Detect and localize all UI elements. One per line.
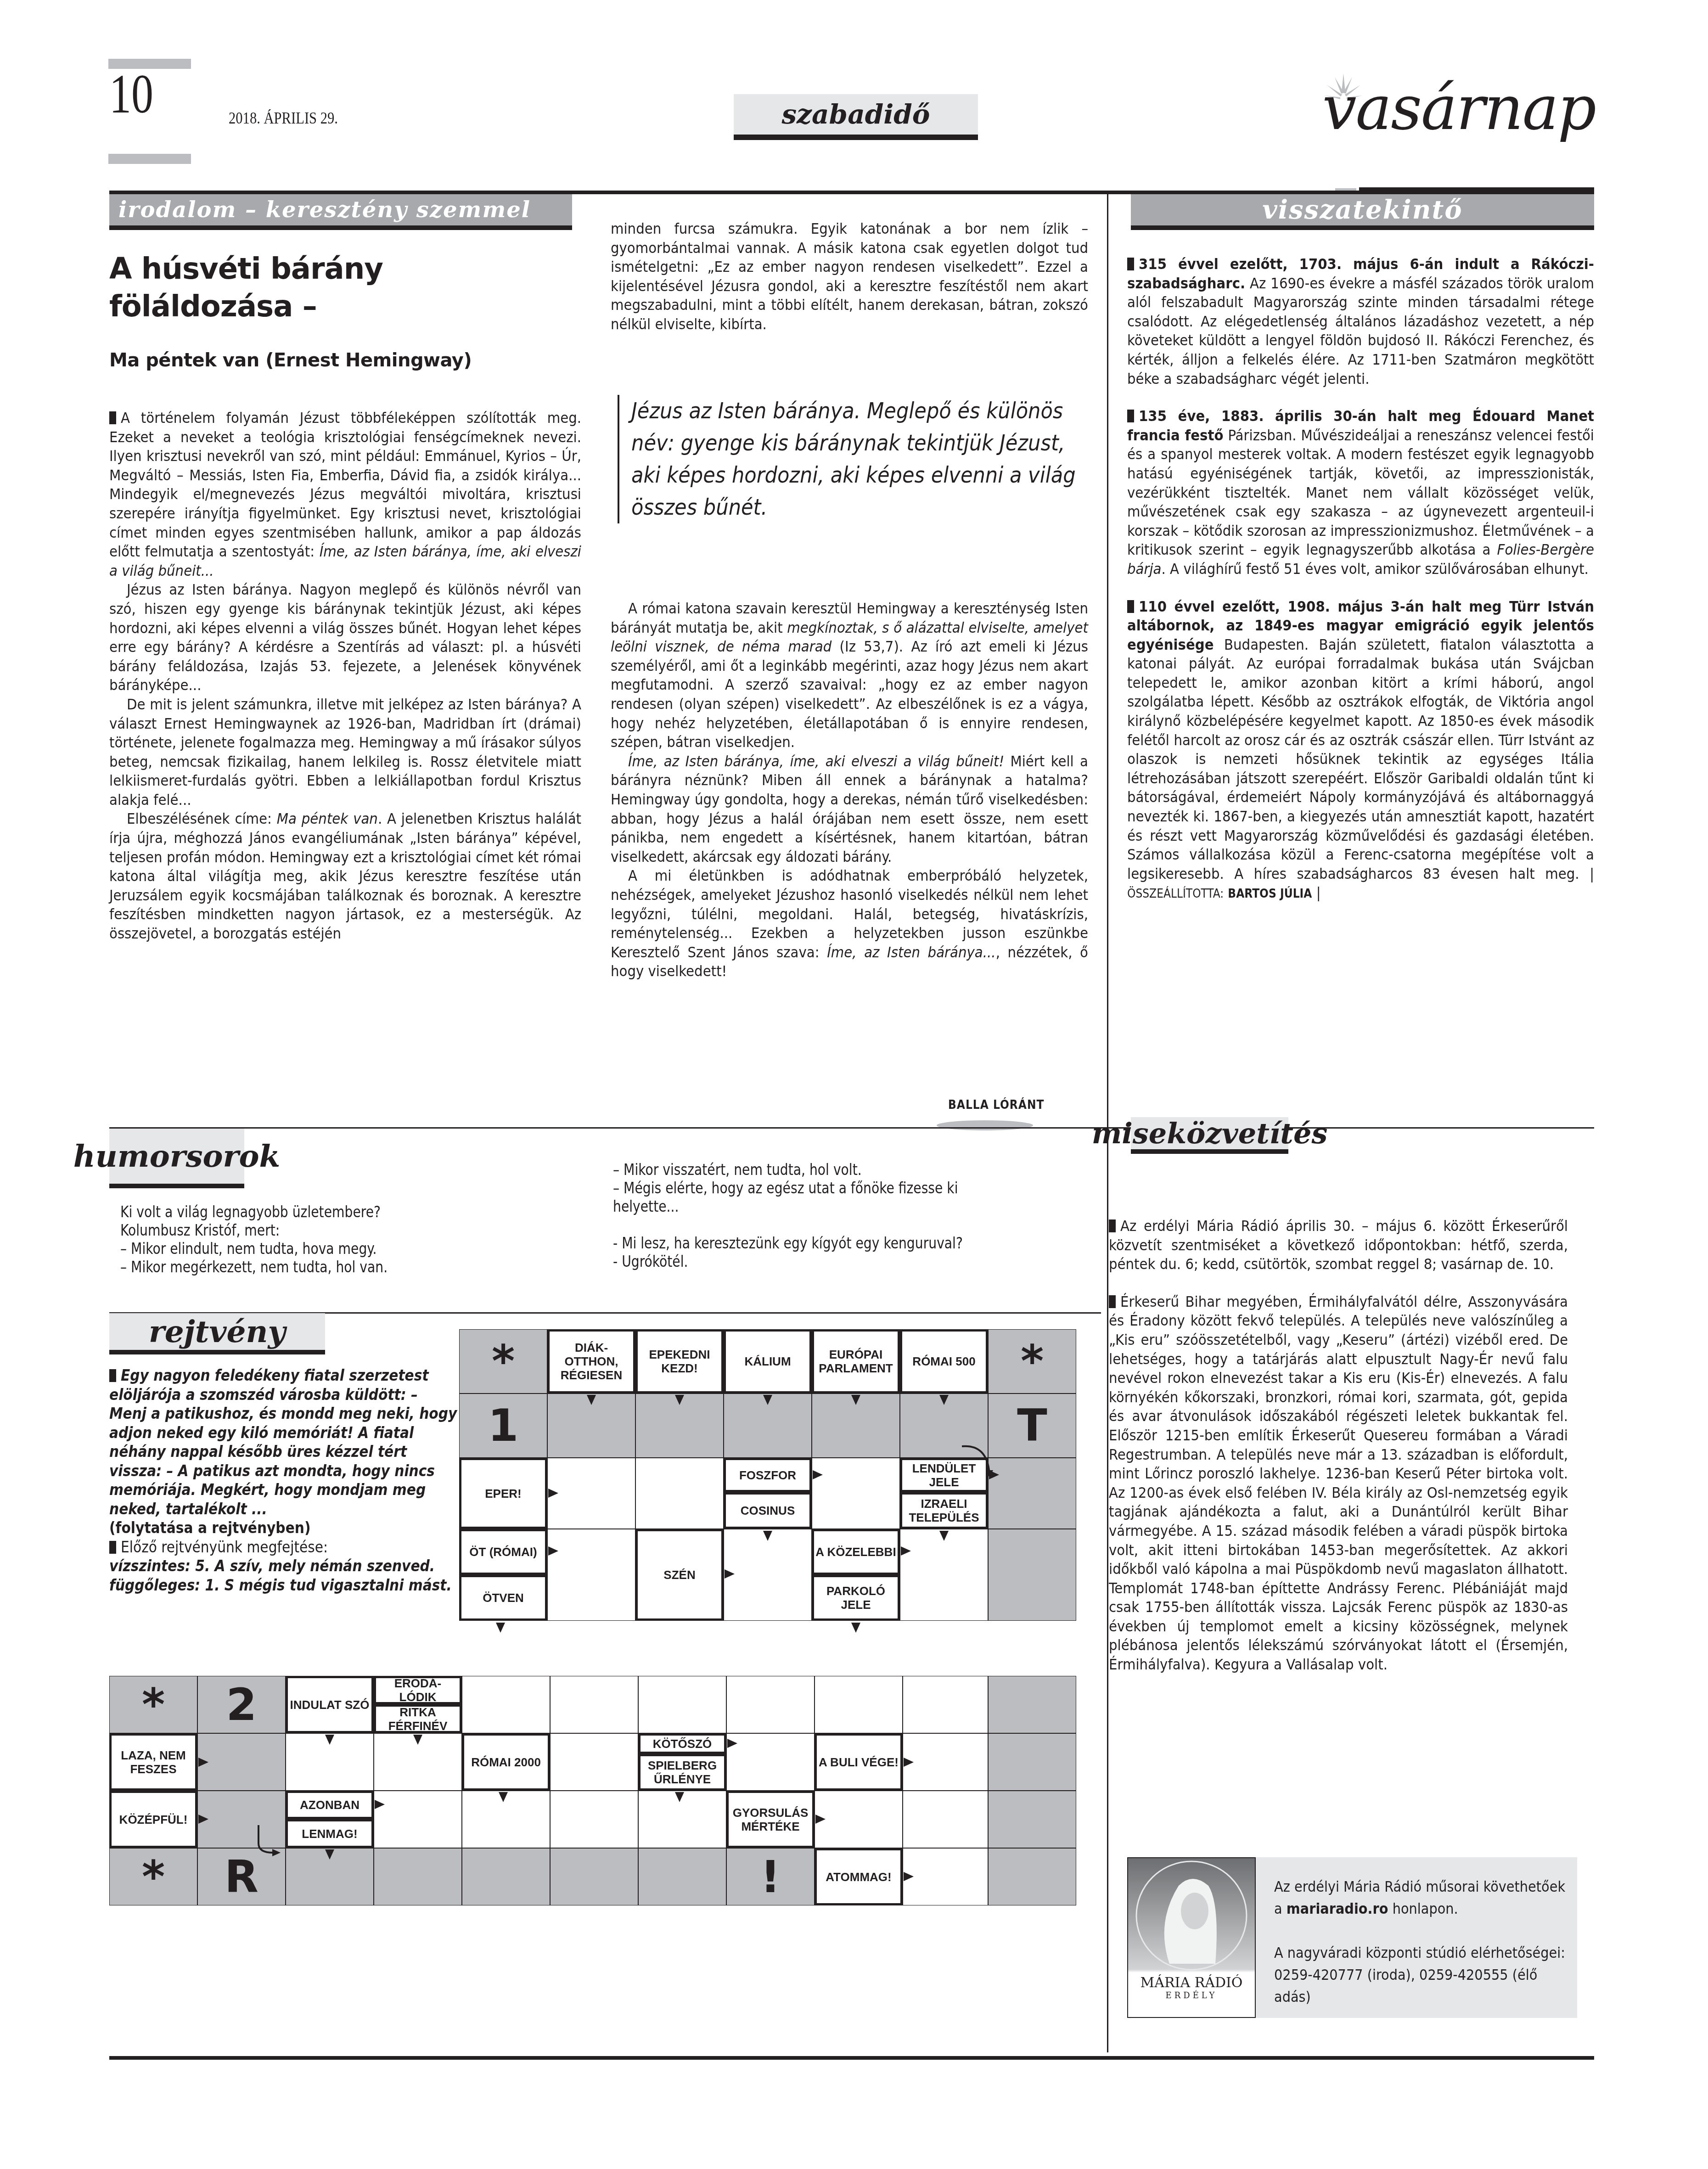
- clue-romai2000: RÓMAI 2000: [462, 1733, 550, 1791]
- clue-atommag: ATOMMAG!: [815, 1848, 903, 1905]
- bullet-icon: [1109, 1219, 1116, 1232]
- clue-indulatszo: INDULAT SZÓ: [286, 1676, 374, 1733]
- pull-quote: Jézus az Isten báránya. Meglepő és külön…: [618, 395, 1077, 523]
- clue-abuli: A BULI VÉGE!: [815, 1733, 903, 1791]
- clue-ot-romai: ÖT (RÓMAI): [459, 1529, 547, 1575]
- kicker-misekozvetites: miseközvetítés: [1131, 1117, 1288, 1154]
- credit-name: BARTOS JÚLIA: [1228, 887, 1312, 901]
- article-body-left: A történelem folyamán Jézust többfélekép…: [109, 409, 581, 944]
- bullet-icon: [109, 411, 116, 424]
- history-item: 110 évvel ezelőtt, 1908. május 3-án halt…: [1127, 597, 1594, 905]
- answer-cell[interactable]: [903, 1676, 988, 1733]
- puzzle-intro: Egy nagyon feledékeny fiatal szerzetest …: [109, 1366, 458, 1595]
- answer-cell[interactable]: [638, 1848, 726, 1905]
- clue-eper: EPER!: [459, 1458, 547, 1529]
- answer-cell[interactable]: [635, 1458, 724, 1529]
- joke-right: – Mikor visszatért, nem tudta, hol volt.…: [613, 1161, 1071, 1271]
- arrow-right-icon: [815, 1815, 826, 1824]
- arrow-right-icon: [813, 1470, 823, 1479]
- kicker-visszatekinto: visszatekintő: [1131, 194, 1594, 230]
- radio-info-text: Az erdélyi Mária Rádió műsorai követhető…: [1274, 1876, 1568, 2008]
- answer-cell[interactable]: [815, 1791, 903, 1848]
- arrow-down-icon: [939, 1531, 949, 1541]
- bullet-icon: [109, 1369, 116, 1382]
- clue-szen: SZÉN: [635, 1529, 724, 1621]
- clue-laza: LAZA, NEM FESZES: [109, 1733, 197, 1791]
- page-number-bar-bottom: [108, 154, 191, 164]
- answer-cell[interactable]: [726, 1676, 815, 1733]
- marker-t: T: [988, 1394, 1076, 1458]
- clue-parkolo: PARKOLÓ JELE: [812, 1575, 900, 1621]
- answer-cell[interactable]: [988, 1791, 1076, 1848]
- answer-cell[interactable]: [812, 1458, 900, 1529]
- clue-erodalodik: ERODÁ-LÓDIK: [374, 1676, 462, 1704]
- answer-cell[interactable]: [903, 1791, 988, 1848]
- answer-cell[interactable]: [724, 1529, 812, 1621]
- bullet-icon: [109, 1541, 116, 1554]
- website-link[interactable]: mariaradio.ro: [1287, 1900, 1388, 1917]
- arrow-right-icon: [375, 1800, 385, 1809]
- madonna-image-icon: [1128, 1858, 1255, 1973]
- paragraph: Íme, az Isten báránya, íme, aki elveszi …: [611, 752, 1088, 867]
- paragraph: minden furcsa számukra. Egyik katonának …: [611, 219, 1088, 334]
- marker-star: *: [988, 1329, 1076, 1394]
- clue-otven: ÖTVEN: [459, 1575, 547, 1621]
- clue-diakotthon: DIÁK-OTTHON, RÉGIESEN: [547, 1329, 635, 1394]
- clue-romai500: RÓMAI 500: [900, 1329, 988, 1394]
- marker-1: 1: [459, 1394, 547, 1458]
- answer-cell[interactable]: [988, 1733, 1076, 1791]
- clue-europai: EURÓPAI PARLAMENT: [812, 1329, 900, 1394]
- arrow-right-icon: [725, 1569, 735, 1579]
- arrow-down-icon: [496, 1623, 505, 1633]
- answer-cell[interactable]: [726, 1733, 815, 1791]
- arrow-down-icon: [675, 1792, 684, 1802]
- clue-izraeli: IZRAELI TELEPÜLÉS: [900, 1492, 988, 1529]
- marker-star: *: [459, 1329, 547, 1394]
- kicker-irodalom: irodalom – keresztény szemmel: [109, 194, 572, 230]
- arrow-right-icon: [901, 1546, 911, 1556]
- paragraph: Jézus az Isten báránya. Nagyon meglepő é…: [109, 580, 581, 695]
- paragraph: A római katona szavain keresztül Hemingw…: [611, 599, 1088, 752]
- answer-cell[interactable]: [197, 1733, 286, 1791]
- clue-kalium: KÁLIUM: [724, 1329, 812, 1394]
- kicker-humorsorok: humorsorok: [109, 1129, 244, 1188]
- answer-cell[interactable]: [550, 1733, 638, 1791]
- paragraph: A mi életünkben is adódhatnak emberpróbá…: [611, 866, 1088, 981]
- arrow-down-icon: [325, 1735, 334, 1745]
- answer-cell[interactable]: [988, 1676, 1076, 1733]
- arrow-right-icon: [198, 1815, 208, 1824]
- maria-radio-logo: MÁRIA RÁDIÓ ERDÉLY: [1127, 1857, 1256, 2018]
- top-rule: [109, 191, 1594, 194]
- mid-rule: [109, 1127, 1594, 1129]
- arrow-right-icon: [727, 1739, 737, 1748]
- bullet-icon: [1127, 258, 1134, 270]
- paragraph: Az erdélyi Mária Rádió április 30. – máj…: [1109, 1217, 1568, 1274]
- answer-cell[interactable]: [550, 1848, 638, 1905]
- mass-broadcast-text: Az erdélyi Mária Rádió április 30. – máj…: [1109, 1217, 1568, 1675]
- article-headline: A húsvéti bárány föláldozása –: [109, 250, 568, 326]
- issue-date: 2018. ÁPRILIS 29.: [229, 108, 338, 128]
- headline-line-2: föláldozása –: [109, 288, 568, 326]
- arrow-down-icon: [939, 1395, 949, 1405]
- answer-cell[interactable]: [903, 1733, 988, 1791]
- arrow-right-icon: [904, 1872, 914, 1881]
- headline-line-1: A húsvéti bárány: [109, 250, 568, 288]
- answer-cell[interactable]: [547, 1458, 635, 1529]
- answer-cell[interactable]: [550, 1676, 638, 1733]
- article-body-middle-2: A római katona szavain keresztül Hemingw…: [611, 599, 1088, 981]
- bullet-icon: [1127, 600, 1134, 613]
- bottom-rule: [109, 2056, 1594, 2060]
- marker-exclamation: !: [726, 1848, 815, 1905]
- arrow-right-icon: [198, 1758, 208, 1767]
- history-item: 315 évvel ezelőtt, 1703. május 6-án indu…: [1127, 255, 1594, 388]
- paragraph: A történelem folyamán Jézust többfélekép…: [109, 409, 581, 580]
- clue-cosinus: COSINUS: [724, 1492, 812, 1529]
- paragraph: Elbeszélésének címe: Ma péntek van. A je…: [109, 809, 581, 943]
- answer-cell[interactable]: [988, 1458, 1076, 1529]
- marker-star: *: [109, 1676, 197, 1733]
- clue-ritka: RITKA FÉRFINÉV: [374, 1704, 462, 1733]
- history-column: 315 évvel ezelőtt, 1703. május 6-án indu…: [1127, 255, 1594, 904]
- answer-cell[interactable]: [638, 1676, 726, 1733]
- arrow-down-icon: [325, 1849, 334, 1860]
- joke-left: Ki volt a világ legnagyobb üzletembere? …: [120, 1203, 469, 1276]
- answer-cell[interactable]: [462, 1848, 550, 1905]
- answer-cell[interactable]: [988, 1529, 1076, 1621]
- curved-arrow-icon: [962, 1437, 999, 1478]
- paragraph: Érkeserű Bihar megyében, Érmihályfalvátó…: [1109, 1292, 1568, 1675]
- answer-cell[interactable]: [374, 1848, 462, 1905]
- clue-azonban: AZONBAN: [286, 1791, 374, 1819]
- arrow-down-icon: [763, 1395, 772, 1405]
- arrow-down-icon: [763, 1531, 772, 1541]
- page-number: 10: [109, 67, 153, 122]
- answer-cell[interactable]: [462, 1676, 550, 1733]
- clue-kozepful: KÖZÉPFÜL!: [109, 1791, 197, 1848]
- kicker-rejtveny: rejtvény: [109, 1313, 325, 1354]
- newspaper-logo: vasárnap: [1322, 78, 1596, 139]
- arrow-down-icon: [499, 1792, 508, 1802]
- answer-cell[interactable]: [903, 1848, 988, 1905]
- clue-kotoszo: KÖTŐSZÓ: [638, 1733, 726, 1754]
- answer-cell[interactable]: [547, 1529, 635, 1621]
- arrow-down-icon: [587, 1395, 596, 1405]
- answer-cell[interactable]: [815, 1676, 903, 1733]
- paragraph: De mit is jelent számunkra, illetve mit …: [109, 695, 581, 810]
- section-tab: szabadidő: [734, 94, 978, 140]
- arrow-right-icon: [548, 1489, 558, 1498]
- curved-arrow-icon: [255, 1825, 292, 1862]
- marker-2: 2: [197, 1676, 286, 1733]
- clue-spielberg: SPIELBERG ŰRLÉNYE: [638, 1754, 726, 1791]
- radio-logo-text: MÁRIA RÁDIÓ: [1128, 1975, 1255, 1991]
- arrow-down-icon: [675, 1395, 684, 1405]
- arrow-right-icon: [904, 1758, 914, 1767]
- clue-epekedni: EPEKEDNI KEZD!: [635, 1329, 724, 1394]
- history-item: 135 éve, 1883. április 30-án halt meg Éd…: [1127, 407, 1594, 579]
- credit-label: ÖSSZEÁLLÍTOTTA:: [1127, 887, 1224, 901]
- byline-ornament: [937, 1120, 1033, 1130]
- arrow-down-icon: [413, 1735, 422, 1745]
- article-body-middle: minden furcsa számukra. Egyik katonának …: [611, 219, 1088, 334]
- arrow-right-icon: [548, 1546, 558, 1556]
- clue-gyorsulas: GYORSULÁS MÉRTÉKE: [726, 1791, 815, 1848]
- bullet-icon: [1109, 1295, 1116, 1308]
- answer-cell[interactable]: [988, 1848, 1076, 1905]
- bullet-icon: [1127, 410, 1134, 422]
- clue-lenmag: LENMAG!: [286, 1819, 374, 1848]
- article-subhead: Ma péntek van (Ernest Hemingway): [109, 350, 568, 371]
- answer-cell[interactable]: [900, 1529, 988, 1621]
- arrow-down-icon: [851, 1623, 860, 1633]
- answer-cell[interactable]: [550, 1791, 638, 1848]
- radio-logo-sub: ERDÉLY: [1128, 1991, 1255, 2000]
- arrow-down-icon: [851, 1395, 860, 1405]
- answer-cell[interactable]: [374, 1791, 462, 1848]
- clue-foszfor: FOSZFOR: [724, 1458, 812, 1492]
- marker-star: *: [109, 1848, 197, 1905]
- clue-kozelebbi: A KÖZELEBBI: [812, 1529, 900, 1575]
- byline: BALLA LÓRÁNT: [948, 1098, 1045, 1112]
